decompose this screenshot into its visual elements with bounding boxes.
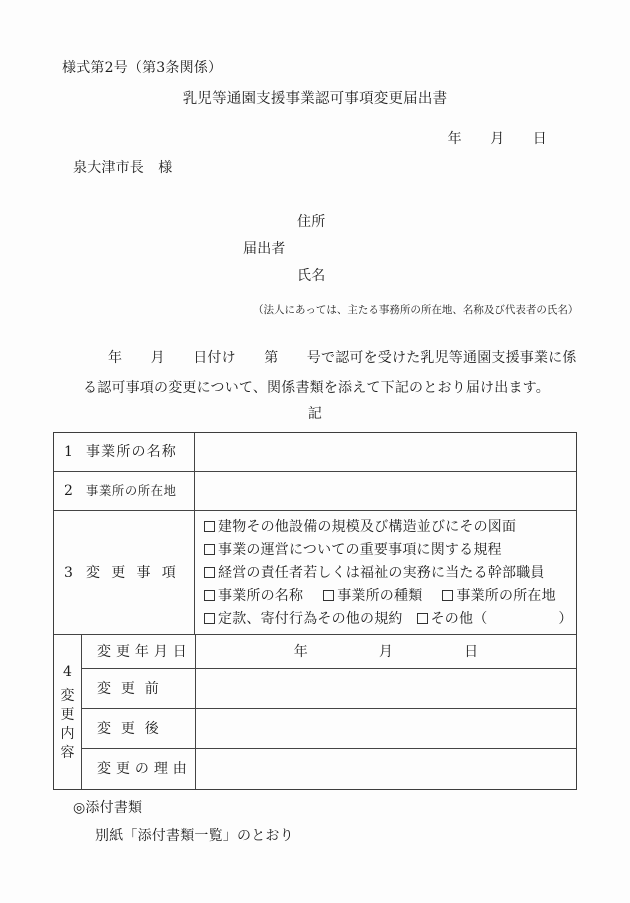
checkbox-icon[interactable] (204, 613, 215, 624)
row3-label: 変更事項 (86, 563, 176, 583)
row3-label-cell: 3 変更事項 (54, 511, 195, 634)
table-row-business-address: 2 事業所の所在地 (54, 472, 576, 511)
checkbox-item-office-location[interactable]: 事業所の所在地 (442, 586, 555, 606)
checkbox-line: 事業の運営についての重要事項に関する規程 (195, 540, 573, 560)
checkbox-icon[interactable] (204, 590, 215, 601)
body-paragraph-line1: 年 月 日付け 第 号で認可を受けた乳児等通園支援事業に係 (55, 348, 577, 368)
subrow-change-date: 変更年月日 年 月 日 (82, 635, 576, 669)
after-change-label: 変更後 (97, 719, 159, 739)
change-date-field[interactable]: 年 月 日 (196, 635, 576, 668)
checkbox-item-articles[interactable]: 定款、寄付行為その他の規約 (204, 609, 403, 629)
checkbox-item-management-staff[interactable]: 経営の責任者若しくは福祉の実務に当たる幹部職員 (204, 563, 545, 583)
row4-group-cell: 4 変更内容 (54, 635, 82, 789)
record-mark: 記 (0, 404, 630, 424)
checkbox-item-building[interactable]: 建物その他設備の規模及び構造並びにその図面 (204, 517, 516, 537)
checkbox-icon[interactable] (204, 521, 215, 532)
checkbox-icon[interactable] (323, 590, 334, 601)
change-items-list: 建物その他設備の規模及び構造並びにその図面 事業の運営についての重要事項に関する… (195, 511, 577, 634)
row2-number: 2 (64, 481, 86, 501)
row1-number: 1 (64, 442, 86, 462)
checkbox-line: 定款、寄付行為その他の規約 その他（ ） (195, 609, 573, 629)
declarant-name-label: 氏名 (297, 266, 325, 286)
checkbox-label: 事業所の所在地 (456, 586, 555, 606)
subrow-before-change: 変更前 (82, 669, 576, 709)
submission-date-line[interactable]: 年 月 日 (448, 129, 547, 149)
checkbox-label: 事業所の種類 (337, 586, 422, 606)
row2-label-cell: 2 事業所の所在地 (54, 472, 195, 510)
checkbox-icon[interactable] (204, 567, 215, 578)
change-date-label: 変更年月日 (97, 642, 187, 662)
change-reason-label-cell: 変更の理由 (82, 749, 196, 789)
corporate-note: （法人にあっては、主たる事務所の所在地、名称及び代表者の氏名） (253, 300, 578, 320)
checkbox-item-other[interactable]: その他（ ） (417, 609, 573, 629)
before-change-label-cell: 変更前 (82, 669, 196, 708)
change-reason-label: 変更の理由 (97, 759, 187, 779)
checkbox-item-operation-rules[interactable]: 事業の運営についての重要事項に関する規程 (204, 540, 502, 560)
checkbox-item-office-type[interactable]: 事業所の種類 (323, 586, 422, 606)
checkbox-icon[interactable] (442, 590, 453, 601)
declarant-address-label: 住所 (297, 212, 325, 232)
table-row-change-details: 4 変更内容 変更年月日 年 月 日 変更前 (54, 635, 576, 789)
checkbox-icon[interactable] (417, 613, 428, 624)
before-change-field[interactable] (196, 669, 576, 708)
checkbox-item-office-name[interactable]: 事業所の名称 (204, 586, 303, 606)
row2-label: 事業所の所在地 (86, 481, 176, 501)
declarant-role-label: 届出者 (243, 239, 286, 259)
change-notification-table: 1 事業所の名称 2 事業所の所在地 3 変更事項 (53, 432, 577, 790)
addressee: 泉大津市長 様 (73, 158, 172, 178)
checkbox-line: 事業所の名称 事業所の種類 事業所の所在地 (195, 586, 573, 606)
attachments-heading: ◎添付書類 (73, 798, 142, 818)
attachments-note: 別紙「添付書類一覧」のとおり (95, 826, 294, 846)
subrow-after-change: 変更後 (82, 709, 576, 749)
checkbox-label: 定款、寄付行為その他の規約 (218, 609, 403, 629)
row4-number: 4 (63, 662, 72, 682)
business-name-field[interactable] (195, 433, 576, 471)
checkbox-icon[interactable] (204, 544, 215, 555)
change-reason-field[interactable] (196, 749, 576, 789)
change-details-subtable: 変更年月日 年 月 日 変更前 変更後 (82, 635, 576, 789)
checkbox-label: 建物その他設備の規模及び構造並びにその図面 (218, 517, 516, 537)
body-paragraph-line2: る認可事項の変更について、関係書類を添えて下記のとおり届け出ます。 (83, 378, 550, 398)
row4-group-label: 変更内容 (60, 687, 75, 763)
checkbox-label: 経営の責任者若しくは福祉の実務に当たる幹部職員 (218, 563, 545, 583)
before-change-label: 変更前 (97, 679, 159, 699)
form-number: 様式第2号（第3条関係） (62, 58, 222, 78)
business-address-field[interactable] (195, 472, 576, 510)
checkbox-label: 事業所の名称 (218, 586, 303, 606)
form-page: 様式第2号（第3条関係） 乳児等通園支援事業認可事項変更届出書 年 月 日 泉大… (0, 0, 630, 903)
checkbox-line: 建物その他設備の規模及び構造並びにその図面 (195, 517, 573, 537)
checkbox-label: 事業の運営についての重要事項に関する規程 (218, 540, 502, 560)
checkbox-line: 経営の責任者若しくは福祉の実務に当たる幹部職員 (195, 563, 573, 583)
table-row-change-items: 3 変更事項 建物その他設備の規模及び構造並びにその図面 事業の運営についての重… (54, 511, 576, 635)
row1-label-cell: 1 事業所の名称 (54, 433, 195, 471)
table-row-business-name: 1 事業所の名称 (54, 433, 576, 472)
row1-label: 事業所の名称 (86, 442, 176, 462)
after-change-label-cell: 変更後 (82, 709, 196, 748)
subrow-change-reason: 変更の理由 (82, 749, 576, 789)
document-title: 乳児等通園支援事業認可事項変更届出書 (0, 89, 630, 109)
checkbox-label: その他（ ） (431, 609, 573, 629)
change-date-label-cell: 変更年月日 (82, 635, 196, 668)
after-change-field[interactable] (196, 709, 576, 748)
row3-number: 3 (64, 563, 86, 583)
